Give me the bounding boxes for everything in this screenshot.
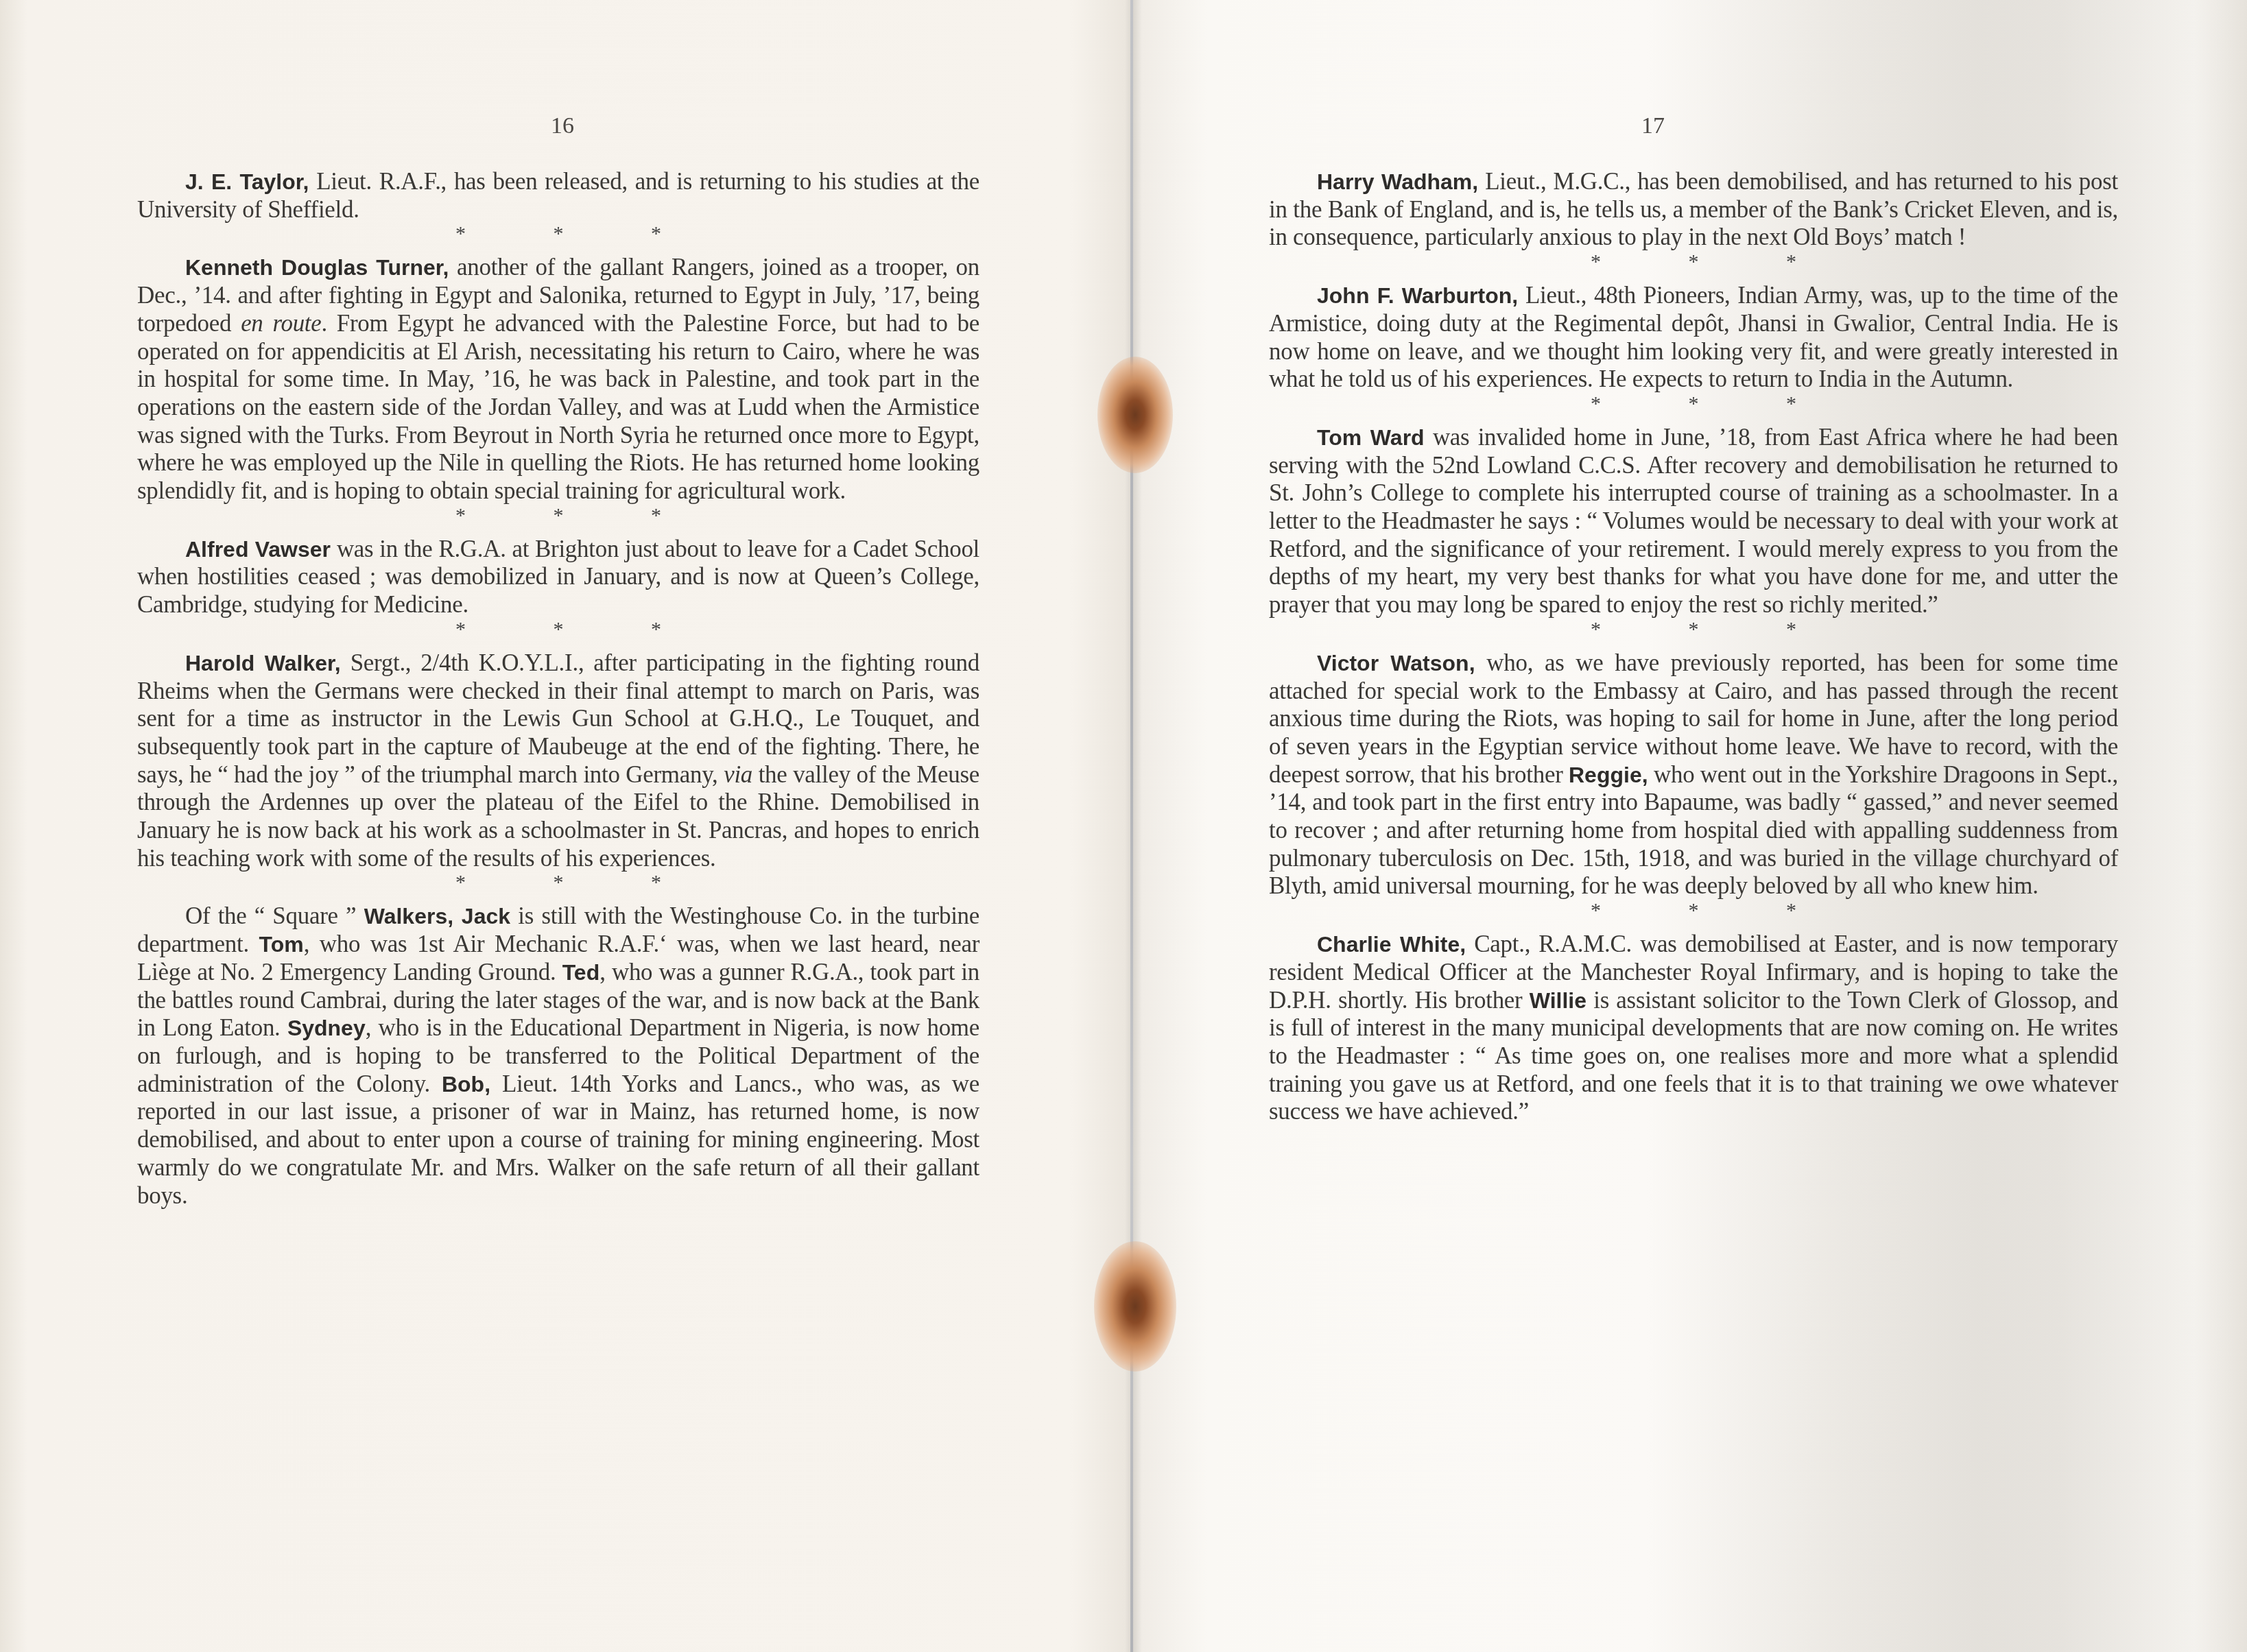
entry-name: Willie (1530, 988, 1586, 1013)
left-page: 16 J. E. Taylor, Lieut. R.A.F., has been… (0, 0, 1132, 1652)
page-number: 16 (528, 113, 597, 139)
separator: * * * (137, 619, 979, 644)
entry-name: Tom (259, 932, 304, 957)
text-column: J. E. Taylor, Lieut. R.A.F., has been re… (137, 168, 979, 1210)
separator: * * * (1269, 394, 2118, 418)
entry-italic: via (724, 761, 752, 788)
entry-taylor: J. E. Taylor, Lieut. R.A.F., has been re… (137, 168, 979, 224)
entry-name: John F. Warburton, (1317, 283, 1518, 308)
entry-name: Ted (562, 960, 600, 985)
entry-name: Kenneth Douglas Turner, (185, 255, 449, 280)
entry-harold-walker: Harold Walker, Sergt., 2/4th K.O.Y.L.I.,… (137, 649, 979, 873)
separator: * * * (1269, 619, 2118, 644)
entry-text: Of the “ Square ” (185, 902, 364, 929)
entry-watson: Victor Watson, who, as we have previousl… (1269, 649, 2118, 900)
entry-name: Bob, (442, 1072, 490, 1097)
entry-name: Harold Walker, (185, 651, 341, 675)
entry-vawser: Alfred Vawser was in the R.G.A. at Brigh… (137, 536, 979, 619)
entry-name: Victor Watson, (1317, 651, 1475, 675)
separator: * * * (1269, 252, 2118, 276)
entry-italic: en route (241, 310, 321, 337)
entry-name: Walkers, Jack (364, 904, 510, 929)
entry-wadham: Harry Wadham, Lieut., M.G.C., has been d… (1269, 168, 2118, 252)
entry-ward: Tom Ward was invalided home in June, ’18… (1269, 424, 2118, 619)
entry-name: Charlie White, (1317, 932, 1466, 957)
booklet-spread: 16 J. E. Taylor, Lieut. R.A.F., has been… (0, 0, 2247, 1652)
separator: * * * (1269, 900, 2118, 925)
entry-name: Tom Ward (1317, 425, 1425, 450)
entry-name: Harry Wadham, (1317, 169, 1478, 194)
entry-text: was invalided home in June, ’18, from Ea… (1269, 424, 2118, 618)
entry-warburton: John F. Warburton, Lieut., 48th Pioneers… (1269, 282, 2118, 394)
entry-square-walkers: Of the “ Square ” Walkers, Jack is still… (137, 902, 979, 1210)
text-column: Harry Wadham, Lieut., M.G.C., has been d… (1269, 168, 2118, 1126)
separator: * * * (137, 505, 979, 530)
entry-name: Reggie, (1569, 763, 1648, 787)
entry-text: . From Egypt he advanced with the Palest… (137, 310, 979, 504)
entry-name: J. E. Taylor, (185, 169, 309, 194)
entry-white: Charlie White, Capt., R.A.M.C. was demob… (1269, 931, 2118, 1126)
right-page: 17 Harry Wadham, Lieut., M.G.C., has bee… (1132, 0, 2247, 1652)
page-number: 17 (1619, 113, 1687, 139)
separator: * * * (137, 224, 979, 248)
entry-turner: Kenneth Douglas Turner, another of the g… (137, 254, 979, 505)
separator: * * * (137, 872, 979, 897)
entry-name: Sydney (287, 1016, 366, 1040)
entry-name: Alfred Vawser (185, 537, 331, 562)
